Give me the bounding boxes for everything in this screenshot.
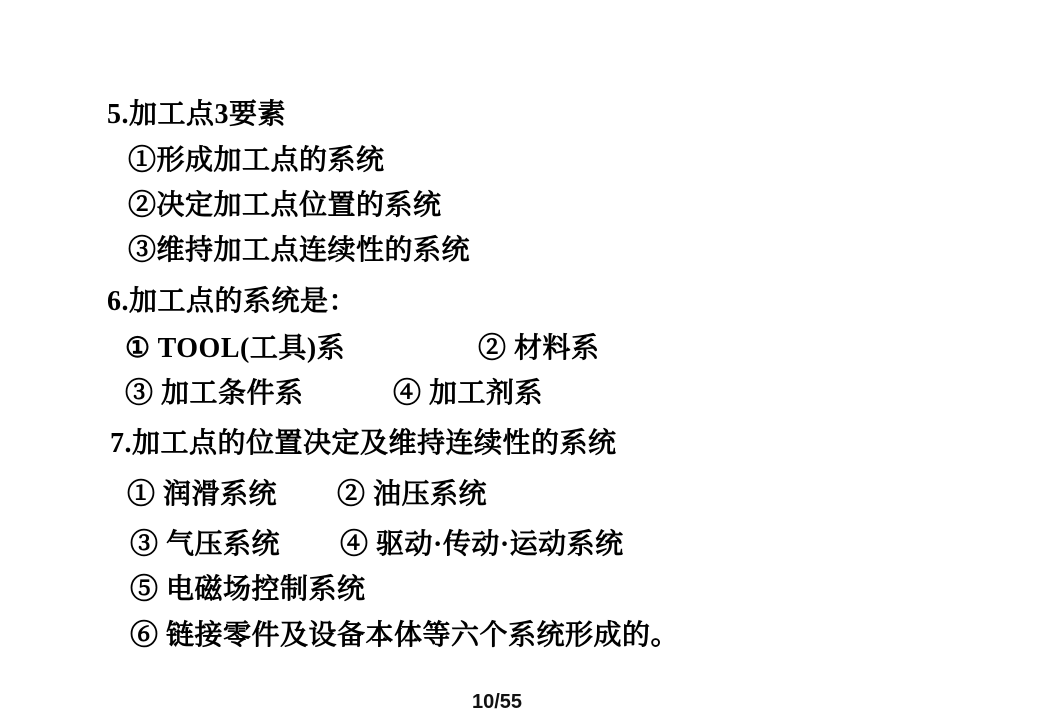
page-number: 10/55: [0, 691, 994, 714]
section-5-item-3: ③维持加工点连续性的系统: [128, 237, 470, 265]
section-7-item-6: ⑥ 链接零件及设备本体等六个系统形成的。: [130, 622, 679, 650]
section-6-item-1: ① TOOL(工具)系: [125, 335, 345, 363]
section-6-heading: 6.加工点的系统是：: [107, 288, 357, 316]
presentation-slide: 5.加工点3要素 ①形成加工点的系统 ②决定加工点位置的系统 ③维持加工点连续性…: [0, 0, 1040, 720]
section-7-item-1: ① 润滑系统: [127, 481, 277, 509]
section-7-heading: 7.加工点的位置决定及维持连续性的系统: [110, 430, 617, 458]
section-6-item-4: ④ 加工剂系: [393, 380, 543, 408]
section-6-item-2: ② 材料系: [478, 335, 600, 363]
section-5-item-1: ①形成加工点的系统: [128, 147, 385, 175]
section-5-item-2: ②决定加工点位置的系统: [128, 192, 442, 220]
section-6-item-3: ③ 加工条件系: [125, 380, 304, 408]
section-7-item-3: ③ 气压系统: [130, 531, 280, 559]
section-7-item-4: ④ 驱动·传动·运动系统: [340, 531, 624, 559]
section-7-item-2: ② 油压系统: [337, 481, 487, 509]
section-7-item-5: ⑤ 电磁场控制系统: [130, 576, 366, 604]
section-5-heading: 5.加工点3要素: [107, 101, 286, 129]
